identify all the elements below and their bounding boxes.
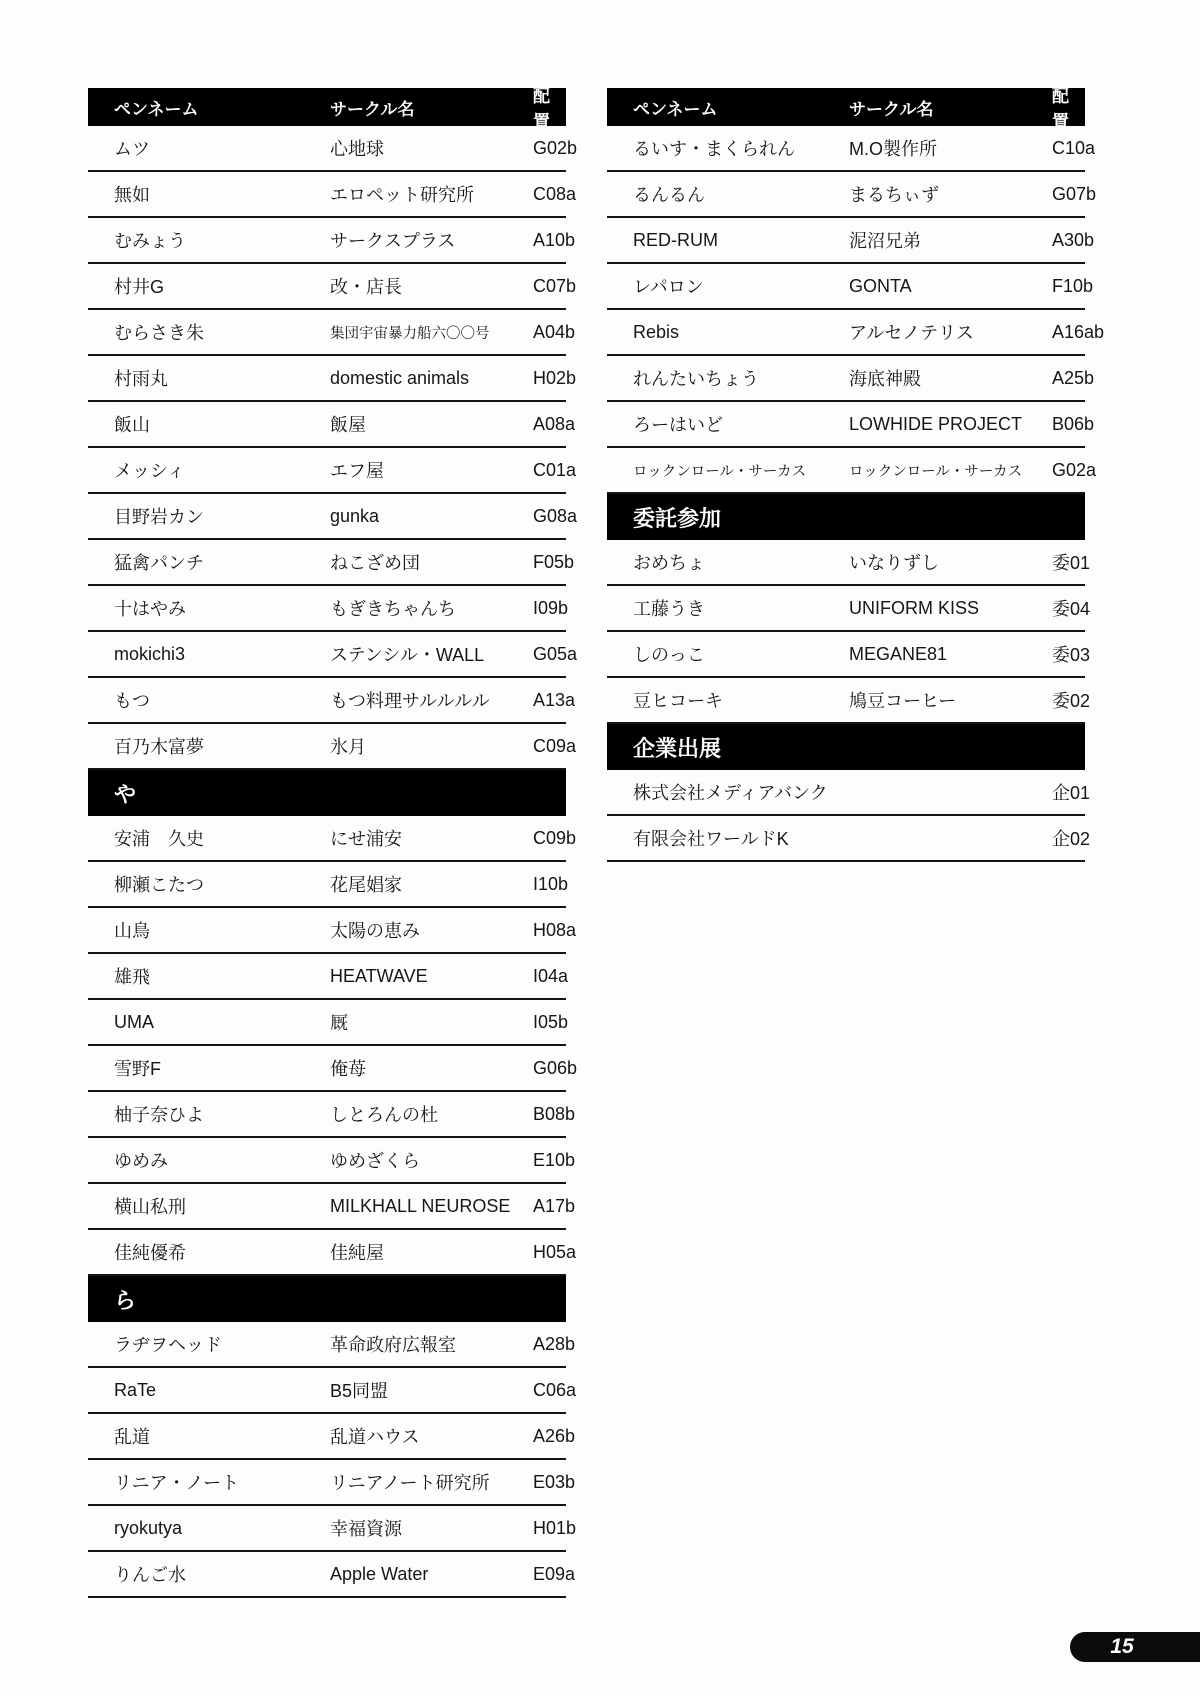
placement-cell: C08a <box>533 184 576 205</box>
section-header: ら <box>88 1276 566 1322</box>
pen-name-cell: RED-RUM <box>607 230 849 251</box>
pen-name-cell: メッシィ <box>88 457 330 483</box>
pen-name-cell: 柳瀬こたつ <box>88 871 330 897</box>
section-header: 委託参加 <box>607 494 1085 540</box>
pen-name-cell: おめちょ <box>607 549 849 575</box>
pen-name-cell: むみょう <box>88 227 330 253</box>
circle-name-cell: HEATWAVE <box>330 966 533 987</box>
circle-name-cell: リニアノート研究所 <box>330 1469 533 1495</box>
pen-name-cell: ろーはいど <box>607 411 849 437</box>
table-row: 工藤うきUNIFORM KISS委04 <box>607 586 1085 632</box>
placement-cell: C06a <box>533 1380 576 1401</box>
placement-cell: C01a <box>533 460 576 481</box>
pen-name-cell: レパロン <box>607 273 849 299</box>
pen-name-cell: もつ <box>88 687 330 713</box>
circle-name-cell: ゆめざくら <box>330 1147 533 1173</box>
table-row: ゆめみゆめざくらE10b <box>88 1138 566 1184</box>
placement-cell: F05b <box>533 552 574 573</box>
table-row: 乱道乱道ハウスA26b <box>88 1414 566 1460</box>
placement-cell: H02b <box>533 368 576 389</box>
table-header-row: ペンネームサークル名配置 <box>607 88 1085 126</box>
placement-column-header: 配置 <box>1052 82 1085 132</box>
placement-cell: H08a <box>533 920 576 941</box>
table-row: RebisアルセノテリスA16ab <box>607 310 1085 356</box>
circle-name-cell: 革命政府広報室 <box>330 1331 533 1357</box>
pen-name-cell: むらさき朱 <box>88 319 330 345</box>
placement-cell: C07b <box>533 276 576 297</box>
pen-name-cell: 雪野F <box>88 1055 330 1081</box>
placement-cell: C09a <box>533 736 576 757</box>
pen-name-cell: れんたいちょう <box>607 365 849 391</box>
pen-name-cell: りんご水 <box>88 1561 330 1587</box>
table-row: るいす・まくられんM.O製作所C10a <box>607 126 1085 172</box>
placement-cell: A16ab <box>1052 322 1104 343</box>
table-row: むらさき朱集団宇宙暴力船六〇〇号A04b <box>88 310 566 356</box>
circle-name-cell: 幸福資源 <box>330 1515 533 1541</box>
placement-cell: H05a <box>533 1242 576 1263</box>
placement-cell: G06b <box>533 1058 577 1079</box>
pen-name-cell: 山鳥 <box>88 917 330 943</box>
placement-cell: G05a <box>533 644 577 665</box>
placement-cell: A08a <box>533 414 575 435</box>
circle-name-cell: もぎきちゃんち <box>330 595 533 621</box>
section-header-label: 委託参加 <box>633 502 721 533</box>
pen-name-cell: ムツ <box>88 135 330 161</box>
table-row: ryokutya幸福資源H01b <box>88 1506 566 1552</box>
circle-name-cell: ねこざめ団 <box>330 549 533 575</box>
pen-name-cell: 乱道 <box>88 1423 330 1449</box>
circle-name-cell: 改・店長 <box>330 273 533 299</box>
pen-name-cell: 安浦 久史 <box>88 825 330 851</box>
pen-name-cell: 柚子奈ひよ <box>88 1101 330 1127</box>
table-row: おめちょいなりずし委01 <box>607 540 1085 586</box>
pen-name-cell: UMA <box>88 1012 330 1033</box>
placement-cell: I05b <box>533 1012 568 1033</box>
pen-name-cell: 十はやみ <box>88 595 330 621</box>
circle-name-column-header: サークル名 <box>849 95 1052 120</box>
pen-name-column-header: ペンネーム <box>607 95 849 120</box>
table-row: 雄飛HEATWAVEI04a <box>88 954 566 1000</box>
table-row: 有限会社ワールドK企02 <box>607 816 1085 862</box>
circle-name-cell: 集団宇宙暴力船六〇〇号 <box>330 322 533 343</box>
page-number-badge: 15 <box>1070 1632 1200 1662</box>
circle-name-cell: エフ屋 <box>330 457 533 483</box>
circle-name-cell: 佳純屋 <box>330 1239 533 1265</box>
table-row: 村雨丸domestic animalsH02b <box>88 356 566 402</box>
table-row: りんご水Apple WaterE09a <box>88 1552 566 1598</box>
placement-cell: C09b <box>533 828 576 849</box>
circle-name-cell: いなりずし <box>849 549 1052 575</box>
circle-name-cell: 花尾娼家 <box>330 871 533 897</box>
pen-name-cell: Rebis <box>607 322 849 343</box>
placement-cell: B08b <box>533 1104 575 1125</box>
circle-name-cell: Apple Water <box>330 1564 533 1585</box>
pen-name-cell: 村雨丸 <box>88 365 330 391</box>
table-row: 村井G改・店長C07b <box>88 264 566 310</box>
pen-name-cell: 株式会社メディアバンク <box>607 779 1052 805</box>
circle-name-cell: MILKHALL NEUROSE <box>330 1196 533 1217</box>
placement-cell: 企01 <box>1052 779 1090 805</box>
catalog-table-left: ペンネームサークル名配置ムツ心地球G02b無如エロペット研究所C08aむみょうサ… <box>88 88 566 1598</box>
pen-name-cell: 猛禽パンチ <box>88 549 330 575</box>
placement-cell: I10b <box>533 874 568 895</box>
placement-cell: 企02 <box>1052 825 1090 851</box>
placement-cell: E03b <box>533 1472 575 1493</box>
table-row: しのっこMEGANE81委03 <box>607 632 1085 678</box>
placement-cell: E09a <box>533 1564 575 1585</box>
placement-cell: G02a <box>1052 460 1096 481</box>
catalog-table-right: ペンネームサークル名配置るいす・まくられんM.O製作所C10aるんるんまるちぃず… <box>607 88 1085 862</box>
placement-cell: A17b <box>533 1196 575 1217</box>
circle-name-cell: 乱道ハウス <box>330 1423 533 1449</box>
table-row: 猛禽パンチねこざめ団F05b <box>88 540 566 586</box>
placement-cell: A28b <box>533 1334 575 1355</box>
circle-name-cell: 鳩豆コーヒー <box>849 687 1052 713</box>
circle-name-cell: M.O製作所 <box>849 135 1052 161</box>
pen-name-cell: 百乃木富夢 <box>88 733 330 759</box>
pen-name-cell: RaTe <box>88 1380 330 1401</box>
placement-column-header: 配置 <box>533 82 566 132</box>
pen-name-cell: 有限会社ワールドK <box>607 825 1052 851</box>
table-row: メッシィエフ屋C01a <box>88 448 566 494</box>
table-row: むみょうサークスプラスA10b <box>88 218 566 264</box>
table-row: れんたいちょう海底神殿A25b <box>607 356 1085 402</box>
pen-name-cell: ラヂヲヘッド <box>88 1331 330 1357</box>
placement-cell: A26b <box>533 1426 575 1447</box>
pen-name-cell: 目野岩カン <box>88 503 330 529</box>
table-header-row: ペンネームサークル名配置 <box>88 88 566 126</box>
placement-cell: H01b <box>533 1518 576 1539</box>
table-row: 安浦 久史にせ浦安C09b <box>88 816 566 862</box>
placement-cell: A04b <box>533 322 575 343</box>
placement-cell: F10b <box>1052 276 1093 297</box>
circle-name-cell: もつ料理サルルルル <box>330 687 533 713</box>
placement-cell: C10a <box>1052 138 1095 159</box>
pen-name-cell: 無如 <box>88 181 330 207</box>
table-row: 百乃木富夢氷月C09a <box>88 724 566 770</box>
pen-name-cell: しのっこ <box>607 641 849 667</box>
circle-name-cell: しとろんの杜 <box>330 1101 533 1127</box>
table-row: 柳瀬こたつ花尾娼家I10b <box>88 862 566 908</box>
pen-name-cell: 村井G <box>88 273 330 299</box>
table-row: RaTeB5同盟C06a <box>88 1368 566 1414</box>
table-row: 株式会社メディアバンク企01 <box>607 770 1085 816</box>
circle-name-cell: LOWHIDE PROJECT <box>849 414 1052 435</box>
circle-name-cell: 泥沼兄弟 <box>849 227 1052 253</box>
circle-name-cell: 心地球 <box>330 135 533 161</box>
circle-name-cell: MEGANE81 <box>849 644 1052 665</box>
table-row: るんるんまるちぃずG07b <box>607 172 1085 218</box>
table-row: UMA厩I05b <box>88 1000 566 1046</box>
circle-name-cell: 氷月 <box>330 733 533 759</box>
table-row: ロックンロール・サーカスロックンロール・サーカスG02a <box>607 448 1085 494</box>
circle-name-cell: gunka <box>330 506 533 527</box>
placement-cell: A30b <box>1052 230 1094 251</box>
table-row: mokichi3ステンシル・WALLG05a <box>88 632 566 678</box>
table-row: 山鳥太陽の恵みH08a <box>88 908 566 954</box>
table-row: 十はやみもぎきちゃんちI09b <box>88 586 566 632</box>
pen-name-cell: ゆめみ <box>88 1147 330 1173</box>
placement-cell: A13a <box>533 690 575 711</box>
placement-cell: B06b <box>1052 414 1094 435</box>
section-header-label: や <box>114 778 136 809</box>
table-row: ろーはいどLOWHIDE PROJECTB06b <box>607 402 1085 448</box>
placement-cell: I09b <box>533 598 568 619</box>
table-row: 無如エロペット研究所C08a <box>88 172 566 218</box>
circle-name-cell: B5同盟 <box>330 1377 533 1403</box>
section-header: や <box>88 770 566 816</box>
table-row: 目野岩カンgunkaG08a <box>88 494 566 540</box>
pen-name-cell: 横山私刑 <box>88 1193 330 1219</box>
table-row: 豆ヒコーキ鳩豆コーヒー委02 <box>607 678 1085 724</box>
placement-cell: E10b <box>533 1150 575 1171</box>
pen-name-cell: ロックンロール・サーカス <box>607 460 849 481</box>
circle-name-cell: 海底神殿 <box>849 365 1052 391</box>
pen-name-cell: るいす・まくられん <box>607 135 849 161</box>
placement-cell: 委02 <box>1052 687 1090 713</box>
section-header: 企業出展 <box>607 724 1085 770</box>
circle-name-cell: domestic animals <box>330 368 533 389</box>
circle-name-cell: 飯屋 <box>330 411 533 437</box>
circle-name-cell: GONTA <box>849 276 1052 297</box>
table-row: ラヂヲヘッド革命政府広報室A28b <box>88 1322 566 1368</box>
placement-cell: G07b <box>1052 184 1096 205</box>
table-row: レパロンGONTAF10b <box>607 264 1085 310</box>
pen-name-cell: 豆ヒコーキ <box>607 687 849 713</box>
page-number: 15 <box>1110 1635 1133 1659</box>
circle-name-cell: ロックンロール・サーカス <box>849 460 1052 481</box>
placement-cell: 委01 <box>1052 549 1090 575</box>
table-row: RED-RUM泥沼兄弟A30b <box>607 218 1085 264</box>
table-row: 横山私刑MILKHALL NEUROSEA17b <box>88 1184 566 1230</box>
pen-name-cell: ryokutya <box>88 1518 330 1539</box>
placement-cell: 委03 <box>1052 641 1090 667</box>
pen-name-cell: mokichi3 <box>88 644 330 665</box>
pen-name-cell: 雄飛 <box>88 963 330 989</box>
table-row: ムツ心地球G02b <box>88 126 566 172</box>
placement-cell: A10b <box>533 230 575 251</box>
section-header-label: ら <box>114 1284 136 1315</box>
circle-name-cell: まるちぃず <box>849 181 1052 207</box>
circle-name-cell: アルセノテリス <box>849 319 1052 345</box>
pen-name-cell: リニア・ノート <box>88 1469 330 1495</box>
placement-cell: A25b <box>1052 368 1094 389</box>
pen-name-cell: 佳純優希 <box>88 1239 330 1265</box>
table-row: リニア・ノートリニアノート研究所E03b <box>88 1460 566 1506</box>
table-row: 柚子奈ひよしとろんの杜B08b <box>88 1092 566 1138</box>
pen-name-cell: るんるん <box>607 181 849 207</box>
circle-name-cell: エロペット研究所 <box>330 181 533 207</box>
circle-name-cell: ステンシル・WALL <box>330 641 533 667</box>
circle-name-cell: 太陽の恵み <box>330 917 533 943</box>
circle-name-column-header: サークル名 <box>330 95 533 120</box>
table-row: もつもつ料理サルルルルA13a <box>88 678 566 724</box>
circle-name-cell: にせ浦安 <box>330 825 533 851</box>
pen-name-cell: 工藤うき <box>607 595 849 621</box>
placement-cell: I04a <box>533 966 568 987</box>
placement-cell: 委04 <box>1052 595 1090 621</box>
pen-name-column-header: ペンネーム <box>88 95 330 120</box>
placement-cell: G08a <box>533 506 577 527</box>
circle-name-cell: サークスプラス <box>330 227 533 253</box>
placement-cell: G02b <box>533 138 577 159</box>
section-header-label: 企業出展 <box>633 732 721 763</box>
table-row: 雪野F俺苺G06b <box>88 1046 566 1092</box>
circle-name-cell: 俺苺 <box>330 1055 533 1081</box>
table-row: 飯山飯屋A08a <box>88 402 566 448</box>
circle-name-cell: UNIFORM KISS <box>849 598 1052 619</box>
table-row: 佳純優希佳純屋H05a <box>88 1230 566 1276</box>
pen-name-cell: 飯山 <box>88 411 330 437</box>
circle-name-cell: 厩 <box>330 1009 533 1035</box>
